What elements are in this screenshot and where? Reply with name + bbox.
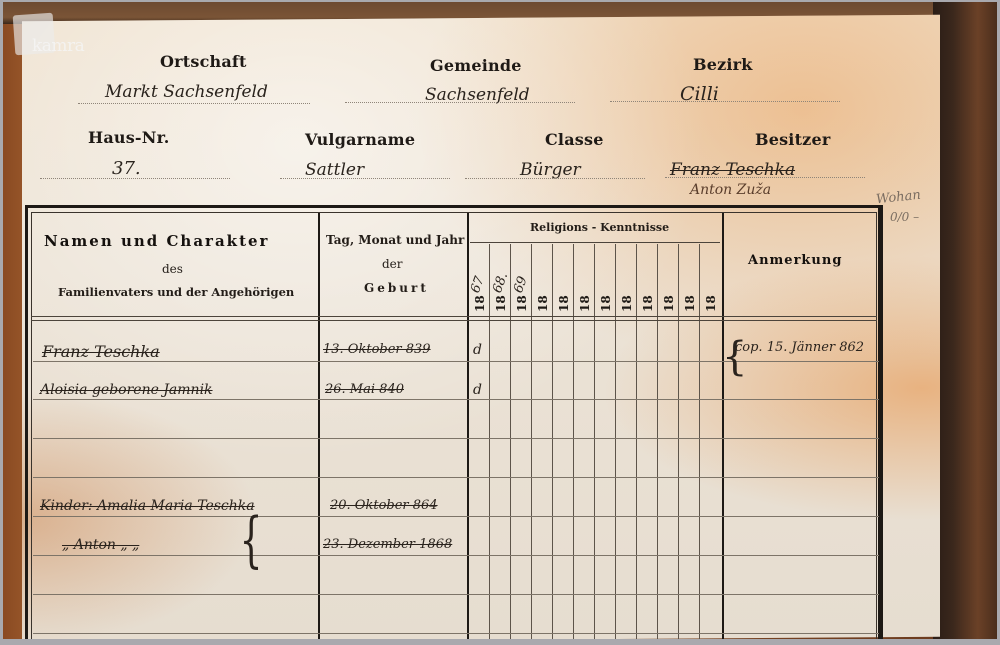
grid-line xyxy=(573,244,574,645)
dotline xyxy=(40,178,230,179)
year-label: 18 xyxy=(578,295,592,312)
value-besitzer-new: Anton Zuža xyxy=(690,182,771,198)
row-line xyxy=(33,477,879,478)
col-header-names-des: des xyxy=(162,262,183,276)
book-spine-edge xyxy=(933,2,997,639)
col-header-names-sub: Familienvaters und der Angehörigen xyxy=(58,285,294,299)
dotline xyxy=(78,103,310,104)
grid-line xyxy=(615,244,616,645)
row-6-name: „ Anton „ „ xyxy=(62,537,139,553)
row-1-remark: cop. 15. Jänner 862 xyxy=(735,340,864,355)
value-haus-nr: 37. xyxy=(112,158,141,179)
grid-line xyxy=(636,244,637,645)
row-line xyxy=(33,399,879,400)
value-classe: Bürger xyxy=(520,160,581,180)
row-1-birth: 13. Oktober 839 xyxy=(323,342,431,357)
year-label: 18 xyxy=(494,295,508,312)
year-label: 18 xyxy=(683,295,697,312)
row-2-name: Aloisia geborene Jamnik xyxy=(40,382,213,398)
row-2-birth: 26. Mai 840 xyxy=(325,382,404,397)
dotline xyxy=(665,177,865,178)
year-label: 18 xyxy=(557,295,571,312)
margin-note-line2: 0/0 – xyxy=(890,210,919,224)
col-header-remarks: Anmerkung xyxy=(748,253,842,268)
row-line xyxy=(33,555,879,556)
grid-line xyxy=(657,244,658,645)
grid-line xyxy=(594,244,595,645)
col-divider xyxy=(880,205,883,645)
value-vulgarname: Sattler xyxy=(305,160,364,180)
grid-line xyxy=(510,244,511,645)
dotline xyxy=(610,101,840,102)
label-haus-nr: Haus-Nr. xyxy=(88,128,170,147)
row-line xyxy=(33,516,879,517)
label-bezirk: Bezirk xyxy=(693,55,753,74)
col-divider xyxy=(467,213,469,645)
row-5-name: Kinder: Amalia Maria Teschka xyxy=(40,498,255,514)
watermark-text: kamra xyxy=(32,36,84,56)
row-line xyxy=(33,594,879,595)
dotline xyxy=(465,178,645,179)
header-rule xyxy=(31,316,877,321)
year-label: 18 xyxy=(704,295,718,312)
row-line xyxy=(33,438,879,439)
year-label: 18 xyxy=(473,295,487,312)
religion-underline xyxy=(470,242,720,243)
row-6-birth: 23. Dezember 1868 xyxy=(323,537,452,552)
row-5-birth: 20. Oktober 864 xyxy=(330,498,438,513)
grid-line xyxy=(489,244,490,645)
col-header-birth: Tag, Monat und Jahr xyxy=(326,233,464,247)
brace-icon: } xyxy=(240,510,263,570)
col-divider xyxy=(318,213,320,645)
row-2-mark: d xyxy=(473,382,482,398)
label-ortschaft: Ortschaft xyxy=(160,52,247,71)
label-vulgarname: Vulgarname xyxy=(305,130,415,149)
year-label: 18 xyxy=(599,295,613,312)
value-ortschaft: Markt Sachsenfeld xyxy=(105,82,268,102)
grid-line xyxy=(678,244,679,645)
year-label: 18 xyxy=(641,295,655,312)
photo-frame-bottom xyxy=(0,639,1000,645)
year-label: 18 xyxy=(620,295,634,312)
grid-line xyxy=(552,244,553,645)
label-gemeinde: Gemeinde xyxy=(430,56,522,75)
grid-line xyxy=(699,244,700,645)
row-1-name: Franz Teschka xyxy=(42,342,160,361)
dotline xyxy=(280,178,450,179)
row-line xyxy=(33,633,879,634)
row-1-mark: d xyxy=(473,342,482,358)
label-classe: Classe xyxy=(545,130,604,149)
col-divider xyxy=(722,213,724,645)
col-header-birth-der: der xyxy=(382,257,403,271)
label-besitzer: Besitzer xyxy=(755,130,830,149)
col-header-names: Namen und Charakter xyxy=(44,232,269,250)
col-header-birth-sub: Geburt xyxy=(364,281,429,295)
year-label: 18 xyxy=(515,295,529,312)
grid-line xyxy=(531,244,532,645)
year-label: 18 xyxy=(536,295,550,312)
register-table-inner xyxy=(31,212,877,645)
row-line xyxy=(33,361,879,362)
col-header-religion: Religions - Kenntnisse xyxy=(530,221,669,234)
year-label: 18 xyxy=(662,295,676,312)
dotline xyxy=(345,102,575,103)
